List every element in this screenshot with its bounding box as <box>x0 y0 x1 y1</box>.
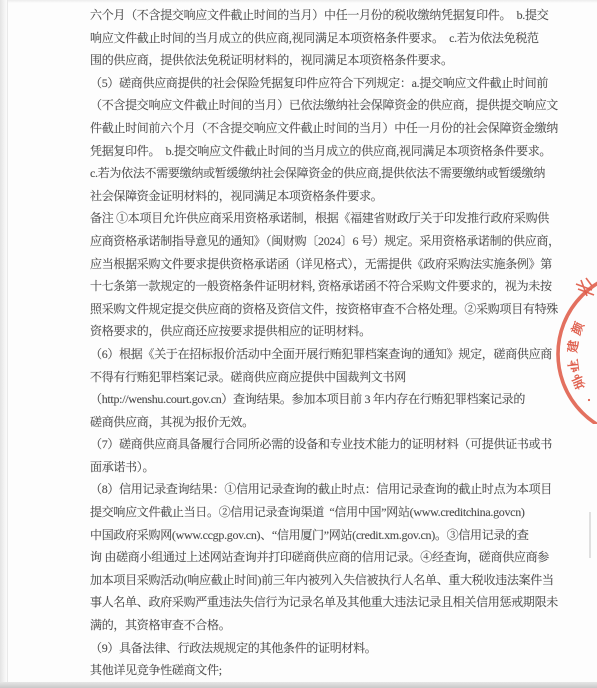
document-line: （8）信用记录查询结果：①信用记录查询的截止时点：信用记录查询的截止时点为本项目 <box>90 478 590 501</box>
document-text-block: 六个月（不含提交响应文件截止时间的当月）中任一月份的税收缴纳凭据复印件。 b.提… <box>90 4 590 682</box>
document-line: 加本项目采购活动(响应截止时间)前三年内被列入失信被执行人名单、重大税收违法案件… <box>90 569 590 592</box>
document-line: 不得有行贿犯罪档案记录。磋商供应商应提供中国裁判文书网 <box>90 366 590 389</box>
document-line: 备注 ①本项目允许供应商采用资格承诺制，根据《福建省财政厅关于印发推行政府采购供 <box>90 207 590 230</box>
document-line: c.若为依法不需要缴纳或暂缓缴纳社会保障资金的供应商,提供依法不需要缴纳或暂缓缴… <box>90 162 590 185</box>
page-left-edge-shadow <box>0 0 8 688</box>
document-line: 应当根据采购文件要求提供资格承诺函（详见格式），无需提供《政府采购法实施条例》第 <box>90 253 590 276</box>
page-top-edge-shadow <box>0 0 597 3</box>
document-line: 资格要求的，供应商还应按要求提供相应的证明材料。 <box>90 320 590 343</box>
document-line: （6）根据《关于在招标报价活动中全面开展行贿犯罪档案查询的通知》规定，磋商供应商 <box>90 343 590 366</box>
document-line: 六个月（不含提交响应文件截止时间的当月）中任一月份的税收缴纳凭据复印件。 b.提… <box>90 4 590 27</box>
document-line: （9）具备法律、行政法规规定的其他条件的证明材料。 <box>90 637 590 660</box>
document-line: 中国政府采购网(www.ccgp.gov.cn)、“信用厦门”网站(credit… <box>90 524 590 547</box>
document-line: （5）磋商供应商提供的社会保险凭据复印件应符合下列规定：a.提交响应文件截止时间… <box>90 72 590 95</box>
document-line: 事人名单、政府采购严重违法失信行为记录名单及其他重大违法记录且相关信用惩戒期限未 <box>90 591 590 614</box>
document-line: 响应文件截止时间的当月成立的供应商,视同满足本项资格条件要求。 c.若为依法免税… <box>90 27 590 50</box>
document-line: 照采购文件规定提交供应商的资格及资信文件，按资格审查不合格处理。②采购项目有特殊 <box>90 298 590 321</box>
document-line: 凭据复印件。 b.提交响应文件截止时间的当月成立的供应商,视同满足本项资格条件要… <box>90 140 590 163</box>
document-line: 应商资格承诺制指导意见的通知》（闽财购〔2024〕6 号）规定。采用资格承诺制的… <box>90 230 590 253</box>
document-line: 社会保障资金证明材料的，视同满足本项资格条件要求。 <box>90 185 590 208</box>
document-line: 其他详见竞争性磋商文件; <box>90 659 590 682</box>
document-line: 满的，其资格审查不合格。 <box>90 614 590 637</box>
document-line: 围的供应商，提供依法免税证明材料的，视同满足本项资格条件要求。 <box>90 49 590 72</box>
scanned-document-page: 六个月（不含提交响应文件截止时间的当月）中任一月份的税收缴纳凭据复印件。 b.提… <box>0 0 597 688</box>
document-line: 件截止时间前六个月（不含提交响应文件截止时间的当月）中任一月份的社会保障资金缴纳 <box>90 117 590 140</box>
document-line: （http://wenshu.court.gov.cn）查询结果。参加本项目前 … <box>90 388 590 411</box>
document-line: 提交响应文件截止当日。②信用记录查询渠道 “信用中国”网站(www.credit… <box>90 501 590 524</box>
document-line: 十七条第一款规定的一般资格条件证明材料, 资格承诺函不符合采购文件要求的，视为未… <box>90 275 590 298</box>
document-line: 磋商供应商，其视为报价无效。 <box>90 411 590 434</box>
document-line: 面承诺书）。 <box>90 456 590 479</box>
official-seal-stamp: 圳止建颜 3407 <box>548 276 597 424</box>
document-line: （不含提交响应文件截止时间的当月）已依法缴纳社会保障资金的供应商，提供提交响应文 <box>90 94 590 117</box>
page-bottom-edge-shadow <box>0 682 597 688</box>
document-line: 询 由磋商小组通过上述网站查询并打印磋商供应商的信用记录。④经查询，磋商供应商参 <box>90 546 590 569</box>
seal-digit-dot <box>588 399 590 401</box>
document-line: （7）磋商供应商具备履行合同所必需的设备和专业技术能力的证明材料（可提供证书或书 <box>90 433 590 456</box>
